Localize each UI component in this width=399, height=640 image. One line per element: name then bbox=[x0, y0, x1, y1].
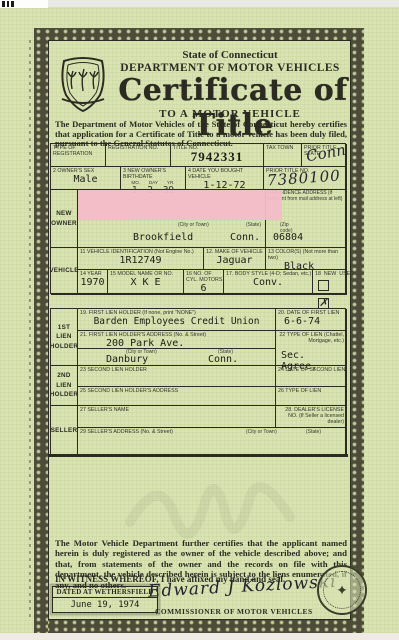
field-label: 2 OWNER'S SEX bbox=[51, 167, 120, 174]
new-label: NEW bbox=[324, 271, 336, 277]
field-dealer-license: 28. DEALER'S LICENSE NO. (If Seller a li… bbox=[276, 406, 347, 428]
dated-at-stamp: DATED AT WETHERSFIELD June 19, 1974 bbox=[52, 586, 158, 613]
scan-mark bbox=[7, 1, 9, 7]
field-label: 26 TYPE OF LIEN bbox=[276, 387, 346, 394]
field-label: 15 MODEL NAME OR NO. bbox=[108, 270, 183, 277]
field-label: 24 DATE OF SECOND LIEN bbox=[276, 366, 346, 373]
state-seal-inner: ✦ bbox=[323, 571, 361, 609]
field-label: 18 NEW USED bbox=[313, 270, 346, 277]
section-label-text: 1ST LIEN HOLDER bbox=[50, 323, 78, 351]
owner-sex-value: Male bbox=[51, 174, 120, 185]
used-label: USED bbox=[339, 271, 354, 277]
field-owner-sex: 2 OWNER'S SEX Male bbox=[51, 167, 121, 190]
field-label: 27 SELLER'S NAME bbox=[78, 406, 275, 413]
field-seller-address: 29 SELLER'S ADDRESS (No. & Street) (City… bbox=[78, 428, 347, 456]
vin-value: 1R12749 bbox=[78, 255, 203, 266]
state-label: (State) bbox=[306, 429, 321, 435]
body-style-value: Conv. bbox=[224, 277, 312, 288]
model-value: X K E bbox=[108, 277, 183, 288]
certificate-paper: State of Connecticut DEPARTMENT OF MOTOR… bbox=[0, 7, 399, 633]
newused-number: 18 bbox=[315, 271, 321, 277]
scan-mark bbox=[11, 1, 14, 7]
field-label: 4 DATE YOU BOUGHT VEHICLE bbox=[186, 167, 263, 180]
redaction-block-owner-name bbox=[78, 190, 282, 220]
field-new-used: 18 NEW USED ✗ bbox=[313, 270, 347, 295]
owner-state-value: Conn. bbox=[230, 232, 260, 243]
first-lien-address-value: 200 Park Ave. bbox=[78, 338, 275, 349]
field-label: 23 SECOND LIEN HOLDER bbox=[78, 366, 275, 373]
field-label: 22 TYPE OF LIEN (Chattel, Mortgage, etc.… bbox=[276, 331, 346, 344]
field-label: 25 SECOND LIEN HOLDER'S ADDRESS bbox=[78, 387, 275, 394]
watermark bbox=[120, 462, 300, 542]
field-type-of-registration: TYPE OF REGISTRATION bbox=[51, 144, 106, 167]
scan-bottom-strip bbox=[0, 633, 399, 640]
state-label: (State) bbox=[246, 222, 261, 228]
field-tax-town: TAX TOWN bbox=[264, 144, 302, 167]
field-label: 3 NEW OWNER'S BIRTHDATE bbox=[121, 167, 185, 180]
field-second-lien-type: 26 TYPE OF LIEN bbox=[276, 387, 347, 406]
first-lien-date-value: 6-6-74 bbox=[276, 316, 346, 327]
first-lien-holder-value: Barden Employees Credit Union bbox=[78, 316, 275, 327]
first-lien-city-state-cell: (City or Town) (State) Danbury Conn. bbox=[78, 349, 276, 366]
field-second-lien-address: 25 SECOND LIEN HOLDER'S ADDRESS bbox=[78, 387, 276, 406]
title-number-value: 7942331 bbox=[171, 149, 263, 165]
field-label: 16 NO. OF CYL. MOTORS bbox=[184, 270, 223, 283]
scanned-certificate-photo: { "colors": { "paper": "#d9e3b2", "ink":… bbox=[0, 0, 399, 640]
field-prior-title-no: PRIOR TITLE NO. 7380100 bbox=[264, 167, 347, 190]
city-label: (City or Town) bbox=[246, 429, 277, 435]
section-label-text: SELLER bbox=[51, 426, 78, 435]
border-ornament-left bbox=[34, 28, 48, 636]
field-label: 13 COLOR(S) (Not more than two) bbox=[266, 248, 346, 261]
field-label: 21. FIRST LIEN HOLDER'S ADDRESS (No. & S… bbox=[78, 331, 275, 338]
field-cylinders: 16 NO. OF CYL. MOTORS 6 bbox=[184, 270, 224, 295]
table-bottom-rule bbox=[48, 454, 348, 457]
section-label-1st-lien: 1ST LIEN HOLDER bbox=[51, 309, 78, 366]
field-label: TYPE OF REGISTRATION bbox=[51, 144, 105, 157]
field-make: 12. MAKE OF VEHICLE Jaguar bbox=[204, 248, 266, 270]
field-vin: 11 VEHICLE IDENTIFICATION (Not Engine No… bbox=[78, 248, 204, 270]
field-date-bought: 4 DATE YOU BOUGHT VEHICLE 1-12-72 bbox=[186, 167, 264, 190]
first-lien-city-value: Danbury bbox=[106, 354, 148, 365]
perforation-edge bbox=[29, 37, 31, 617]
prior-title-no-handwritten: 7380100 bbox=[266, 166, 341, 189]
field-label: REGISTRATION NO. bbox=[106, 144, 170, 151]
field-body-style: 17. BODY STYLE (4-D; Sedan, etc.) Conv. bbox=[224, 270, 313, 295]
first-lien-state-value: Conn. bbox=[208, 354, 238, 365]
field-first-lien-date: 20. DATE OF FIRST LIEN 6-6-74 bbox=[276, 309, 347, 331]
year-value: 1970 bbox=[78, 277, 107, 288]
form-block-liens-seller: 1ST LIEN HOLDER 19. FIRST LIEN HOLDER (I… bbox=[50, 308, 346, 455]
header-state: State of Connecticut bbox=[120, 49, 340, 61]
section-label-seller: SELLER bbox=[51, 406, 78, 456]
field-first-lien-address: 21. FIRST LIEN HOLDER'S ADDRESS (No. & S… bbox=[78, 331, 276, 349]
field-seller-name: 27 SELLER'S NAME bbox=[78, 406, 276, 428]
field-prior-title-state: PRIOR TITLE STATE Conn bbox=[302, 144, 347, 167]
dated-at-label: DATED AT WETHERSFIELD bbox=[53, 587, 157, 598]
field-first-lien-holder: 19. FIRST LIEN HOLDER (If none, print "N… bbox=[78, 309, 276, 331]
new-checkbox bbox=[318, 280, 329, 291]
field-label: 11 VEHICLE IDENTIFICATION (Not Engine No… bbox=[78, 248, 203, 255]
field-label: 20. DATE OF FIRST LIEN bbox=[276, 309, 346, 316]
field-model: 15 MODEL NAME OR NO. X K E bbox=[108, 270, 184, 295]
field-label: 28. DEALER'S LICENSE NO. (If Seller a li… bbox=[276, 406, 346, 425]
make-value: Jaguar bbox=[204, 255, 265, 266]
field-second-lien-holder: 23 SECOND LIEN HOLDER bbox=[78, 366, 276, 387]
city-label: (City or Town) bbox=[178, 222, 209, 228]
section-label-text: NEW OWNER bbox=[51, 209, 77, 228]
section-label-new-owner: NEW OWNER bbox=[51, 190, 78, 248]
field-registration-no: REGISTRATION NO. bbox=[106, 144, 171, 167]
field-label: 12. MAKE OF VEHICLE bbox=[204, 248, 265, 255]
dated-value: June 19, 1974 bbox=[53, 598, 157, 610]
section-label-text: 2ND LIEN HOLDER bbox=[50, 371, 78, 399]
field-label: TAX TOWN bbox=[264, 144, 301, 151]
field-second-lien-date: 24 DATE OF SECOND LIEN bbox=[276, 366, 347, 387]
field-year: 14 YEAR 1970 bbox=[78, 270, 108, 295]
field-color: 13 COLOR(S) (Not more than two) Black bbox=[266, 248, 347, 270]
field-title-no: TITLE NO. 7942331 bbox=[171, 144, 264, 167]
field-label: 14 YEAR bbox=[78, 270, 107, 277]
field-label: 19. FIRST LIEN HOLDER (If none, print "N… bbox=[78, 309, 275, 316]
cylinders-value: 6 bbox=[184, 283, 223, 294]
field-label: 17. BODY STYLE (4-D; Sedan, etc.) bbox=[224, 270, 312, 277]
form-block-owner-vehicle: TYPE OF REGISTRATION REGISTRATION NO. TI… bbox=[50, 143, 346, 294]
field-lien-type: 22 TYPE OF LIEN (Chattel, Mortgage, etc.… bbox=[276, 331, 347, 366]
owner-city-value: Brookfield bbox=[133, 232, 193, 243]
state-seal-icon: ✦ bbox=[317, 565, 367, 615]
field-owner-birthdate: 3 NEW OWNER'S BIRTHDATE MO. DAY YR. 1 2 … bbox=[121, 167, 186, 190]
scan-mark bbox=[2, 1, 5, 7]
section-label-text: VEHICLE bbox=[49, 266, 78, 275]
seal-glyph: ✦ bbox=[336, 582, 348, 599]
section-label-2nd-lien: 2ND LIEN HOLDER bbox=[51, 366, 78, 406]
section-label-vehicle: VEHICLE bbox=[51, 248, 78, 295]
scan-background-patch bbox=[0, 0, 48, 8]
